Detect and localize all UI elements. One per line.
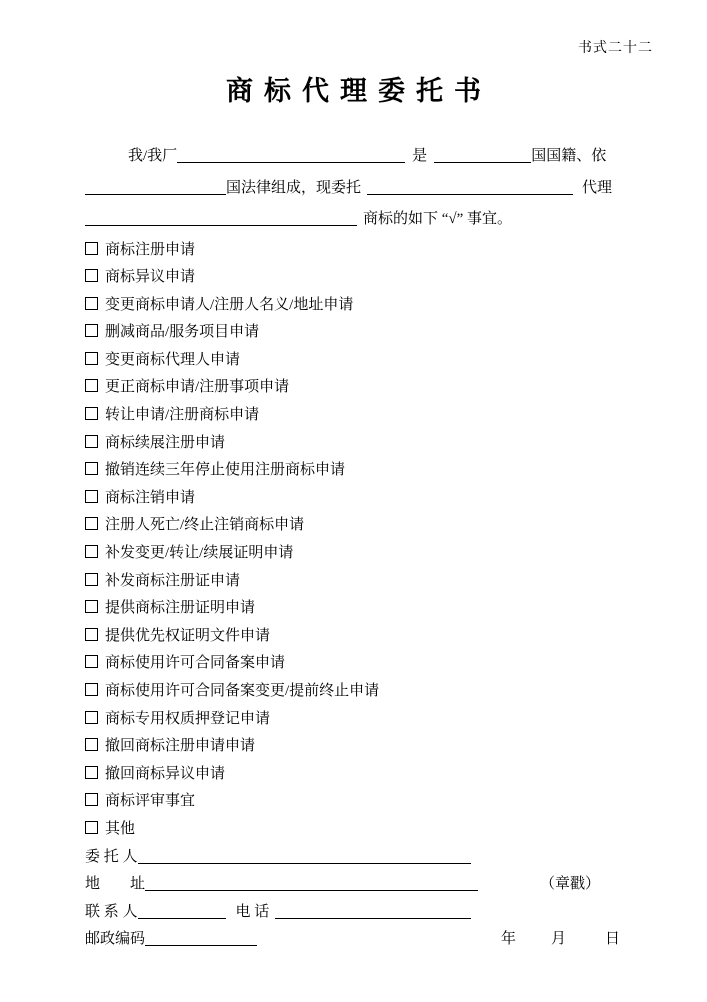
agent-name-blank[interactable] — [367, 178, 573, 195]
checkbox-icon[interactable] — [85, 683, 98, 696]
checklist-item-label: 撤回商标注册申请申请 — [105, 738, 255, 754]
checklist-item-label: 更正商标申请/注册事项申请 — [105, 379, 289, 395]
contact-line: 联 系 人电 话 — [85, 899, 653, 927]
address-line: 地 址 （章戳） — [85, 871, 653, 899]
checkbox-icon[interactable] — [85, 435, 98, 448]
checkbox-icon[interactable] — [85, 352, 98, 365]
checklist-item-label: 变更商标代理人申请 — [105, 352, 240, 368]
checkbox-icon[interactable] — [85, 821, 98, 834]
checklist-item: 提供优先权证明文件申请 — [85, 623, 653, 651]
seal-label: （章戳） — [540, 871, 600, 899]
checklist-item: 商标使用许可合同备案变更/提前终止申请 — [85, 678, 653, 706]
checkbox-icon[interactable] — [85, 379, 98, 392]
checklist-item-label: 提供优先权证明文件申请 — [105, 628, 270, 644]
checklist-item-label: 商标使用许可合同备案申请 — [105, 655, 285, 671]
signature-block: 委 托 人 地 址 （章戳） 联 系 人电 话 邮政编码 年月日 — [85, 844, 653, 954]
checklist-item: 商标注册申请 — [85, 237, 653, 265]
checklist-item-label: 商标评审事宜 — [105, 793, 195, 809]
checklist-item-label: 商标注销申请 — [105, 490, 195, 506]
checklist-item: 商标注销申请 — [85, 485, 653, 513]
checklist-item-label: 商标续展注册申请 — [105, 435, 225, 451]
preamble-line-3: 商标的如下 “√” 事宜。 — [85, 204, 653, 236]
checkbox-icon[interactable] — [85, 517, 98, 530]
checkbox-icon[interactable] — [85, 242, 98, 255]
contact-label: 联 系 人 — [85, 899, 138, 927]
checklist-item-label: 商标异议申请 — [105, 269, 195, 285]
checkbox-icon[interactable] — [85, 324, 98, 337]
checkbox-icon[interactable] — [85, 793, 98, 806]
trademark-name-blank[interactable] — [85, 209, 357, 226]
checkbox-icon[interactable] — [85, 711, 98, 724]
address-label: 地 址 — [85, 871, 145, 899]
preamble-line2-tail: 代理 — [582, 180, 612, 196]
checklist-item-label: 商标使用许可合同备案变更/提前终止申请 — [105, 683, 379, 699]
preamble-line1-tail: 国国籍、依 — [531, 148, 606, 164]
checklist-item: 变更商标代理人申请 — [85, 347, 653, 375]
document-title: 商标代理委托书 — [0, 77, 707, 105]
checklist-item: 撤回商标异议申请 — [85, 761, 653, 789]
month-label: 月 — [551, 931, 566, 947]
principal-name-blank[interactable] — [177, 146, 405, 163]
phone-blank[interactable] — [275, 902, 471, 919]
checkbox-icon[interactable] — [85, 297, 98, 310]
checkbox-icon[interactable] — [85, 655, 98, 668]
day-label: 日 — [605, 931, 620, 947]
checklist-item-label: 补发商标注册证申请 — [105, 573, 240, 589]
checklist-item-label: 撤回商标异议申请 — [105, 766, 225, 782]
preamble: 我/我厂是国国籍、依 国法律组成，现委托代理 商标的如下 “√” 事宜。 — [85, 141, 653, 236]
document-page: 书式二十二 商标代理委托书 我/我厂是国国籍、依 国法律组成，现委托代理 商标的… — [0, 0, 707, 1002]
checkbox-icon[interactable] — [85, 490, 98, 503]
checklist-item: 补发商标注册证申请 — [85, 568, 653, 596]
checklist-item: 撤销连续三年停止使用注册商标申请 — [85, 457, 653, 485]
checkbox-icon[interactable] — [85, 269, 98, 282]
checklist-item: 删减商品/服务项目申请 — [85, 319, 653, 347]
checkbox-icon[interactable] — [85, 573, 98, 586]
checklist-item-label: 撤销连续三年停止使用注册商标申请 — [105, 462, 345, 478]
date-fields: 年月日 — [501, 926, 620, 954]
checklist-item: 商标续展注册申请 — [85, 430, 653, 458]
postal-line: 邮政编码 年月日 — [85, 926, 653, 954]
checklist-item: 补发变更/转让/续展证明申请 — [85, 540, 653, 568]
checkbox-icon[interactable] — [85, 407, 98, 420]
matters-checklist: 商标注册申请 商标异议申请 变更商标申请人/注册人名义/地址申请 删减商品/服务… — [85, 237, 653, 844]
checkbox-icon[interactable] — [85, 628, 98, 641]
law-country-blank[interactable] — [85, 178, 226, 195]
principal-label: 委 托 人 — [85, 844, 138, 872]
contact-blank[interactable] — [138, 902, 226, 919]
checklist-item-label: 转让申请/注册商标申请 — [105, 407, 259, 423]
checklist-item-label: 商标专用权质押登记申请 — [105, 711, 270, 727]
preamble-line1-mid: 是 — [412, 148, 427, 164]
checklist-item-label: 注册人死亡/终止注销商标申请 — [105, 517, 304, 533]
checklist-item: 更正商标申请/注册事项申请 — [85, 374, 653, 402]
checklist-item-label: 提供商标注册证明申请 — [105, 600, 255, 616]
preamble-line-2: 国法律组成，现委托代理 — [85, 173, 653, 205]
principal-line: 委 托 人 — [85, 844, 653, 872]
form-number: 书式二十二 — [0, 0, 653, 57]
checklist-item: 商标评审事宜 — [85, 788, 653, 816]
checklist-item: 商标使用许可合同备案申请 — [85, 650, 653, 678]
postal-code-label: 邮政编码 — [85, 926, 145, 954]
principal-blank[interactable] — [138, 847, 471, 864]
phone-label: 电 话 — [236, 904, 270, 920]
preamble-line2-mid: 国法律组成，现委托 — [226, 180, 361, 196]
checklist-item: 提供商标注册证明申请 — [85, 595, 653, 623]
address-blank[interactable] — [145, 874, 478, 891]
checklist-item: 转让申请/注册商标申请 — [85, 402, 653, 430]
checklist-item: 注册人死亡/终止注销商标申请 — [85, 512, 653, 540]
nationality-blank[interactable] — [434, 146, 531, 163]
checklist-item: 其他 — [85, 816, 653, 844]
checklist-item-label: 其他 — [105, 821, 135, 837]
checklist-item: 变更商标申请人/注册人名义/地址申请 — [85, 292, 653, 320]
checkbox-icon[interactable] — [85, 738, 98, 751]
checklist-item: 商标专用权质押登记申请 — [85, 706, 653, 734]
checklist-item-label: 商标注册申请 — [105, 242, 195, 258]
preamble-line3-tail: 商标的如下 “√” 事宜。 — [363, 211, 512, 227]
checklist-item: 商标异议申请 — [85, 264, 653, 292]
preamble-line-1: 我/我厂是国国籍、依 — [85, 141, 653, 173]
preamble-line1-lead: 我/我厂 — [128, 148, 177, 164]
checkbox-icon[interactable] — [85, 545, 98, 558]
postal-code-blank[interactable] — [145, 929, 257, 946]
checkbox-icon[interactable] — [85, 600, 98, 613]
checklist-item: 撤回商标注册申请申请 — [85, 733, 653, 761]
checklist-item-label: 变更商标申请人/注册人名义/地址申请 — [105, 297, 353, 313]
checkbox-icon[interactable] — [85, 766, 98, 779]
year-label: 年 — [501, 931, 516, 947]
checklist-item-label: 删减商品/服务项目申请 — [105, 324, 259, 340]
checklist-item-label: 补发变更/转让/续展证明申请 — [105, 545, 293, 561]
checkbox-icon[interactable] — [85, 462, 98, 475]
